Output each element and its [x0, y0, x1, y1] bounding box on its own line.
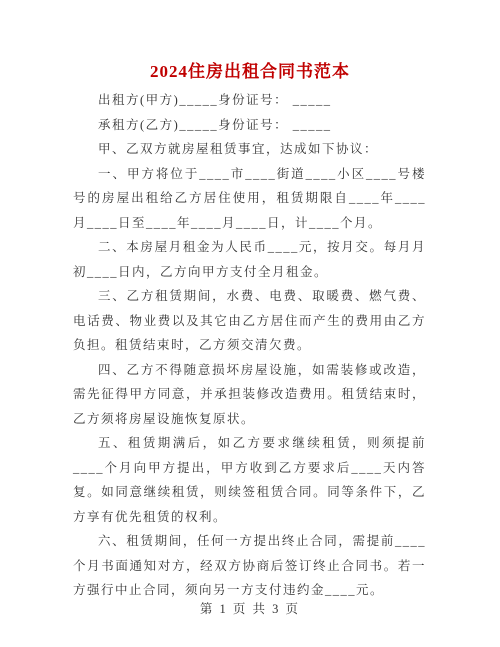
clause-3: 三、乙方租赁期间，水费、电费、取暖费、燃气费、电话费、物业费以及其它由乙方居住而…	[73, 284, 426, 358]
document-body: 出租方(甲方)_____身份证号： _____ 承租方(乙方)_____身份证号…	[0, 88, 500, 603]
clause-4: 四、乙方不得随意损坏房屋设施，如需装修或改造，需先征得甲方同意，并承担装修改造费…	[73, 358, 426, 432]
clause-5: 五、租赁期满后，如乙方要求继续租赁，则须提前____个月向甲方提出，甲方收到乙方…	[73, 431, 426, 529]
agreement-intro-line: 甲、乙双方就房屋租赁事宜，达成如下协议：	[73, 137, 426, 162]
clause-6: 六、租赁期间，任何一方提出终止合同，需提前____个月书面通知对方，经双方协商后…	[73, 529, 426, 603]
clause-2: 二、本房屋月租金为人民币____元，按月交。每月月初____日内，乙方向甲方支付…	[73, 235, 426, 284]
page-number-footer: 第 1 页 共 3 页	[0, 599, 500, 617]
clause-1: 一、甲方将位于____市____街道____小区____号楼号的房屋出租给乙方居…	[73, 162, 426, 236]
document-title: 2024住房出租合同书范本	[0, 0, 500, 82]
contract-document-page: 2024住房出租合同书范本 出租方(甲方)_____身份证号： _____ 承租…	[0, 0, 500, 647]
lessor-party-line: 出租方(甲方)_____身份证号： _____	[73, 88, 426, 113]
lessee-party-line: 承租方(乙方)_____身份证号： _____	[73, 113, 426, 138]
